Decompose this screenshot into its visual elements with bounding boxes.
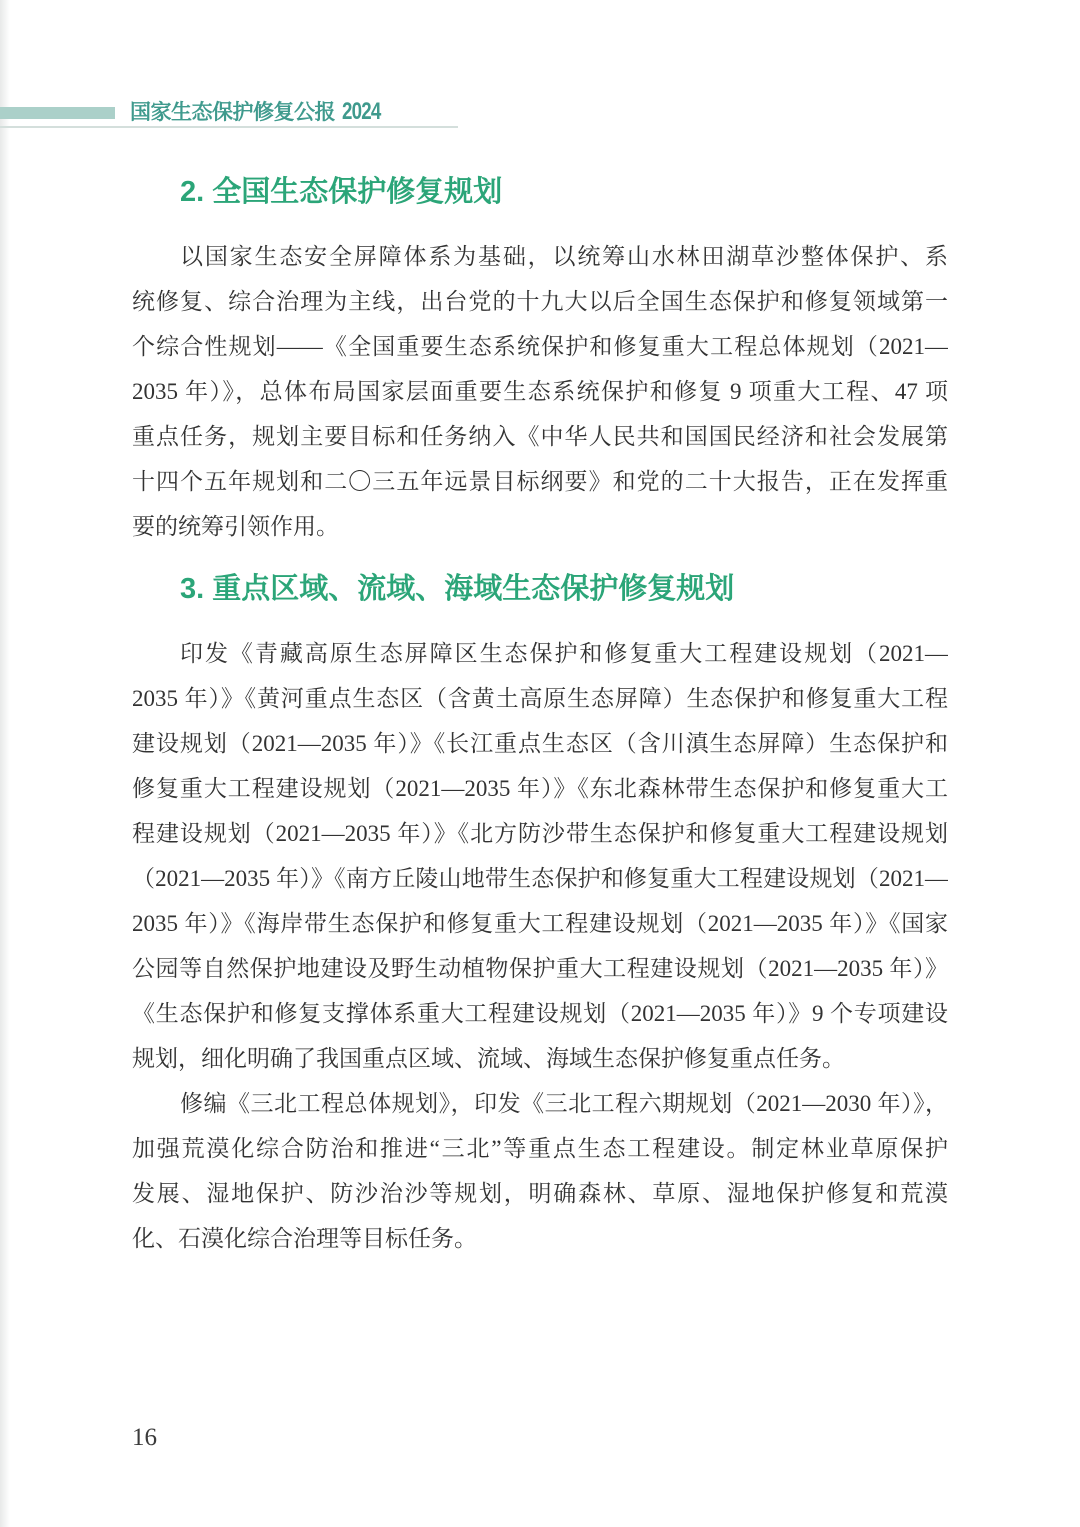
- text-line: 化、石漠化综合治理等目标任务。: [132, 1216, 948, 1261]
- text-line: 2035 年）》，总体布局国家层面重要生态系统保护和修复 9 项重大工程、47 …: [132, 369, 948, 414]
- text-line: 公园等自然保护地建设及野生动植物保护重大工程建设规划（2021—2035 年）》: [132, 946, 948, 991]
- text-line: 2035 年）》《海岸带生态保护和修复重大工程建设规划（2021—2035 年）…: [132, 901, 948, 946]
- text-line: 个综合性规划——《全国重要生态系统保护和修复重大工程总体规划（2021—: [132, 324, 948, 369]
- text-line: 加强荒漠化综合防治和推进“三北”等重点生态工程建设。制定林业草原保护: [132, 1126, 948, 1171]
- page-number: 16: [132, 1424, 157, 1452]
- text-line: 重点任务，规划主要目标和任务纳入《中华人民共和国国民经济和社会发展第: [132, 414, 948, 459]
- report-title: 国家生态保护修复公报: [130, 101, 335, 124]
- content: 2. 全国生态保护修复规划以国家生态安全屏障体系为基础，以统筹山水林田湖草沙整体…: [132, 172, 948, 1261]
- text-line: 印发《青藏高原生态屏障区生态保护和修复重大工程建设规划（2021—: [132, 631, 948, 676]
- section: 3. 重点区域、流域、海域生态保护修复规划印发《青藏高原生态屏障区生态保护和修复…: [132, 569, 948, 1261]
- text-line: 修编《三北工程总体规划》，印发《三北工程六期规划（2021—2030 年）》，: [132, 1081, 948, 1126]
- paragraph: 修编《三北工程总体规划》，印发《三北工程六期规划（2021—2030 年）》，加…: [132, 1081, 948, 1261]
- text-line: 发展、湿地保护、防沙治沙等规划，明确森林、草原、湿地保护修复和荒漠: [132, 1171, 948, 1216]
- paragraph: 印发《青藏高原生态屏障区生态保护和修复重大工程建设规划（2021—2035 年）…: [132, 631, 948, 1081]
- header-title: 国家生态保护修复公报2024: [130, 99, 391, 125]
- section-heading: 2. 全国生态保护修复规划: [180, 172, 948, 212]
- header-accent-bar: [0, 107, 115, 119]
- text-line: 《生态保护和修复支撑体系重大工程建设规划（2021—2035 年）》9 个专项建…: [132, 991, 948, 1036]
- header-rule: [0, 126, 458, 128]
- report-year: 2024: [342, 99, 381, 125]
- section-heading: 3. 重点区域、流域、海域生态保护修复规划: [180, 569, 948, 609]
- text-line: 规划，细化明确了我国重点区域、流域、海域生态保护修复重点任务。: [132, 1036, 948, 1081]
- text-line: 以国家生态安全屏障体系为基础，以统筹山水林田湖草沙整体保护、系: [132, 234, 948, 279]
- text-line: 要的统筹引领作用。: [132, 504, 948, 549]
- text-line: 修复重大工程建设规划（2021—2035 年）》《东北森林带生态保护和修复重大工: [132, 766, 948, 811]
- document-page: 国家生态保护修复公报2024 2. 全国生态保护修复规划以国家生态安全屏障体系为…: [0, 0, 1080, 1527]
- paragraph: 以国家生态安全屏障体系为基础，以统筹山水林田湖草沙整体保护、系统修复、综合治理为…: [132, 234, 948, 549]
- scan-edge-shadow: [0, 0, 10, 1527]
- text-line: 建设规划（2021—2035 年）》《长江重点生态区（含川滇生态屏障）生态保护和: [132, 721, 948, 766]
- section: 2. 全国生态保护修复规划以国家生态安全屏障体系为基础，以统筹山水林田湖草沙整体…: [132, 172, 948, 549]
- text-line: （2021—2035 年）》《南方丘陵山地带生态保护和修复重大工程建设规划（20…: [132, 856, 948, 901]
- text-line: 2035 年）》《黄河重点生态区（含黄土高原生态屏障）生态保护和修复重大工程: [132, 676, 948, 721]
- text-line: 统修复、综合治理为主线，出台党的十九大以后全国生态保护和修复领域第一: [132, 279, 948, 324]
- text-line: 十四个五年规划和二〇三五年远景目标纲要》和党的二十大报告，正在发挥重: [132, 459, 948, 504]
- text-line: 程建设规划（2021—2035 年）》《北方防沙带生态保护和修复重大工程建设规划: [132, 811, 948, 856]
